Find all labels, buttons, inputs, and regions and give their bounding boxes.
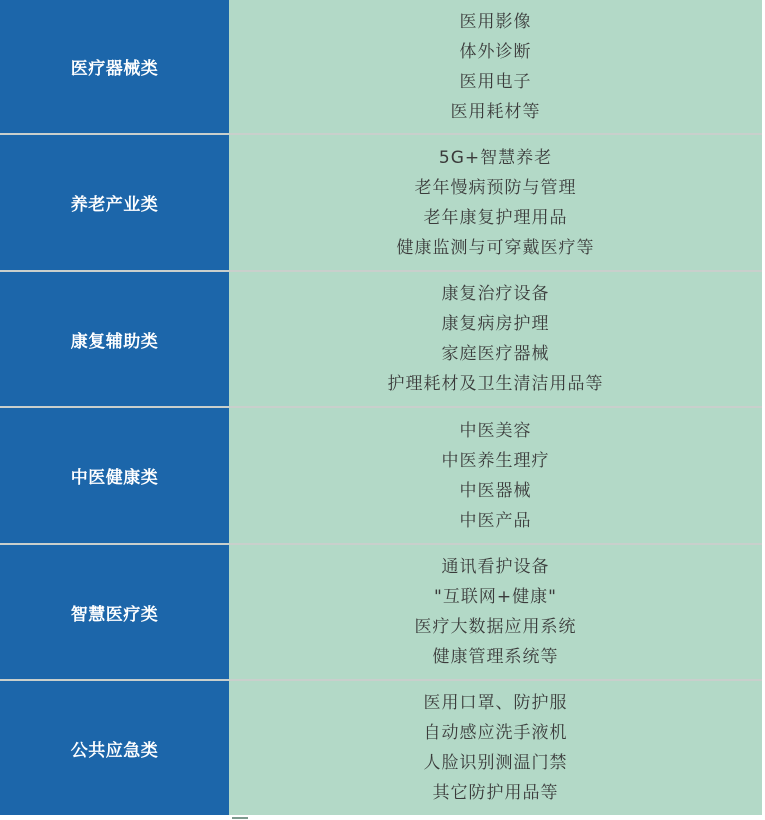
list-item: 人脸识别测温门禁 <box>424 748 568 778</box>
list-item: 体外诊断 <box>460 37 532 67</box>
list-item: 医疗大数据应用系统 <box>415 612 577 642</box>
category-items: 5G+智慧养老 老年慢病预防与管理 老年康复护理用品 健康监测与可穿戴医疗等 <box>229 135 762 270</box>
table-row: 养老产业类 5G+智慧养老 老年慢病预防与管理 老年康复护理用品 健康监测与可穿… <box>0 135 762 270</box>
category-label: 医疗器械类 <box>0 0 229 133</box>
list-item: 自动感应洗手液机 <box>424 718 568 748</box>
list-item: 医用耗材等 <box>451 97 541 127</box>
category-label: 中医健康类 <box>0 408 229 543</box>
list-item: 老年慢病预防与管理 <box>415 173 577 203</box>
list-item: 中医养生理疗 <box>442 446 550 476</box>
list-item: "互联网+健康" <box>434 582 557 612</box>
table-row: 中医健康类 中医美容 中医养生理疗 中医器械 中医产品 <box>0 408 762 543</box>
category-items: 医用影像 体外诊断 医用电子 医用耗材等 <box>229 0 762 133</box>
list-item: 中医产品 <box>460 506 532 536</box>
category-table: 医疗器械类 医用影像 体外诊断 医用电子 医用耗材等 养老产业类 5G+智慧养老… <box>0 0 762 815</box>
list-item: 5G+智慧养老 <box>439 143 552 173</box>
list-item: 中医美容 <box>460 416 532 446</box>
table-row: 医疗器械类 医用影像 体外诊断 医用电子 医用耗材等 <box>0 0 762 133</box>
list-item: 中医器械 <box>460 476 532 506</box>
list-item: 其它防护用品等 <box>433 778 559 808</box>
bottom-margin <box>0 815 765 820</box>
category-items: 中医美容 中医养生理疗 中医器械 中医产品 <box>229 408 762 543</box>
category-label: 养老产业类 <box>0 135 229 270</box>
list-item: 医用影像 <box>460 7 532 37</box>
list-item: 家庭医疗器械 <box>442 339 550 369</box>
table-row: 公共应急类 医用口罩、防护服 自动感应洗手液机 人脸识别测温门禁 其它防护用品等 <box>0 681 762 815</box>
list-item: 健康监测与可穿戴医疗等 <box>397 233 595 263</box>
list-item: 医用电子 <box>460 67 532 97</box>
list-item: 康复病房护理 <box>442 309 550 339</box>
category-label: 康复辅助类 <box>0 272 229 406</box>
list-item: 医用口罩、防护服 <box>424 688 568 718</box>
category-items: 通讯看护设备 "互联网+健康" 医疗大数据应用系统 健康管理系统等 <box>229 545 762 679</box>
list-item: 通讯看护设备 <box>442 552 550 582</box>
table-row: 康复辅助类 康复治疗设备 康复病房护理 家庭医疗器械 护理耗材及卫生清洁用品等 <box>0 272 762 406</box>
table-row: 智慧医疗类 通讯看护设备 "互联网+健康" 医疗大数据应用系统 健康管理系统等 <box>0 545 762 679</box>
list-item: 老年康复护理用品 <box>424 203 568 233</box>
list-item: 康复治疗设备 <box>442 279 550 309</box>
category-items: 医用口罩、防护服 自动感应洗手液机 人脸识别测温门禁 其它防护用品等 <box>229 681 762 815</box>
image-edge-artifact <box>232 817 248 819</box>
list-item: 护理耗材及卫生清洁用品等 <box>388 369 604 399</box>
category-label: 智慧医疗类 <box>0 545 229 679</box>
category-label: 公共应急类 <box>0 681 229 815</box>
category-items: 康复治疗设备 康复病房护理 家庭医疗器械 护理耗材及卫生清洁用品等 <box>229 272 762 406</box>
list-item: 健康管理系统等 <box>433 642 559 672</box>
